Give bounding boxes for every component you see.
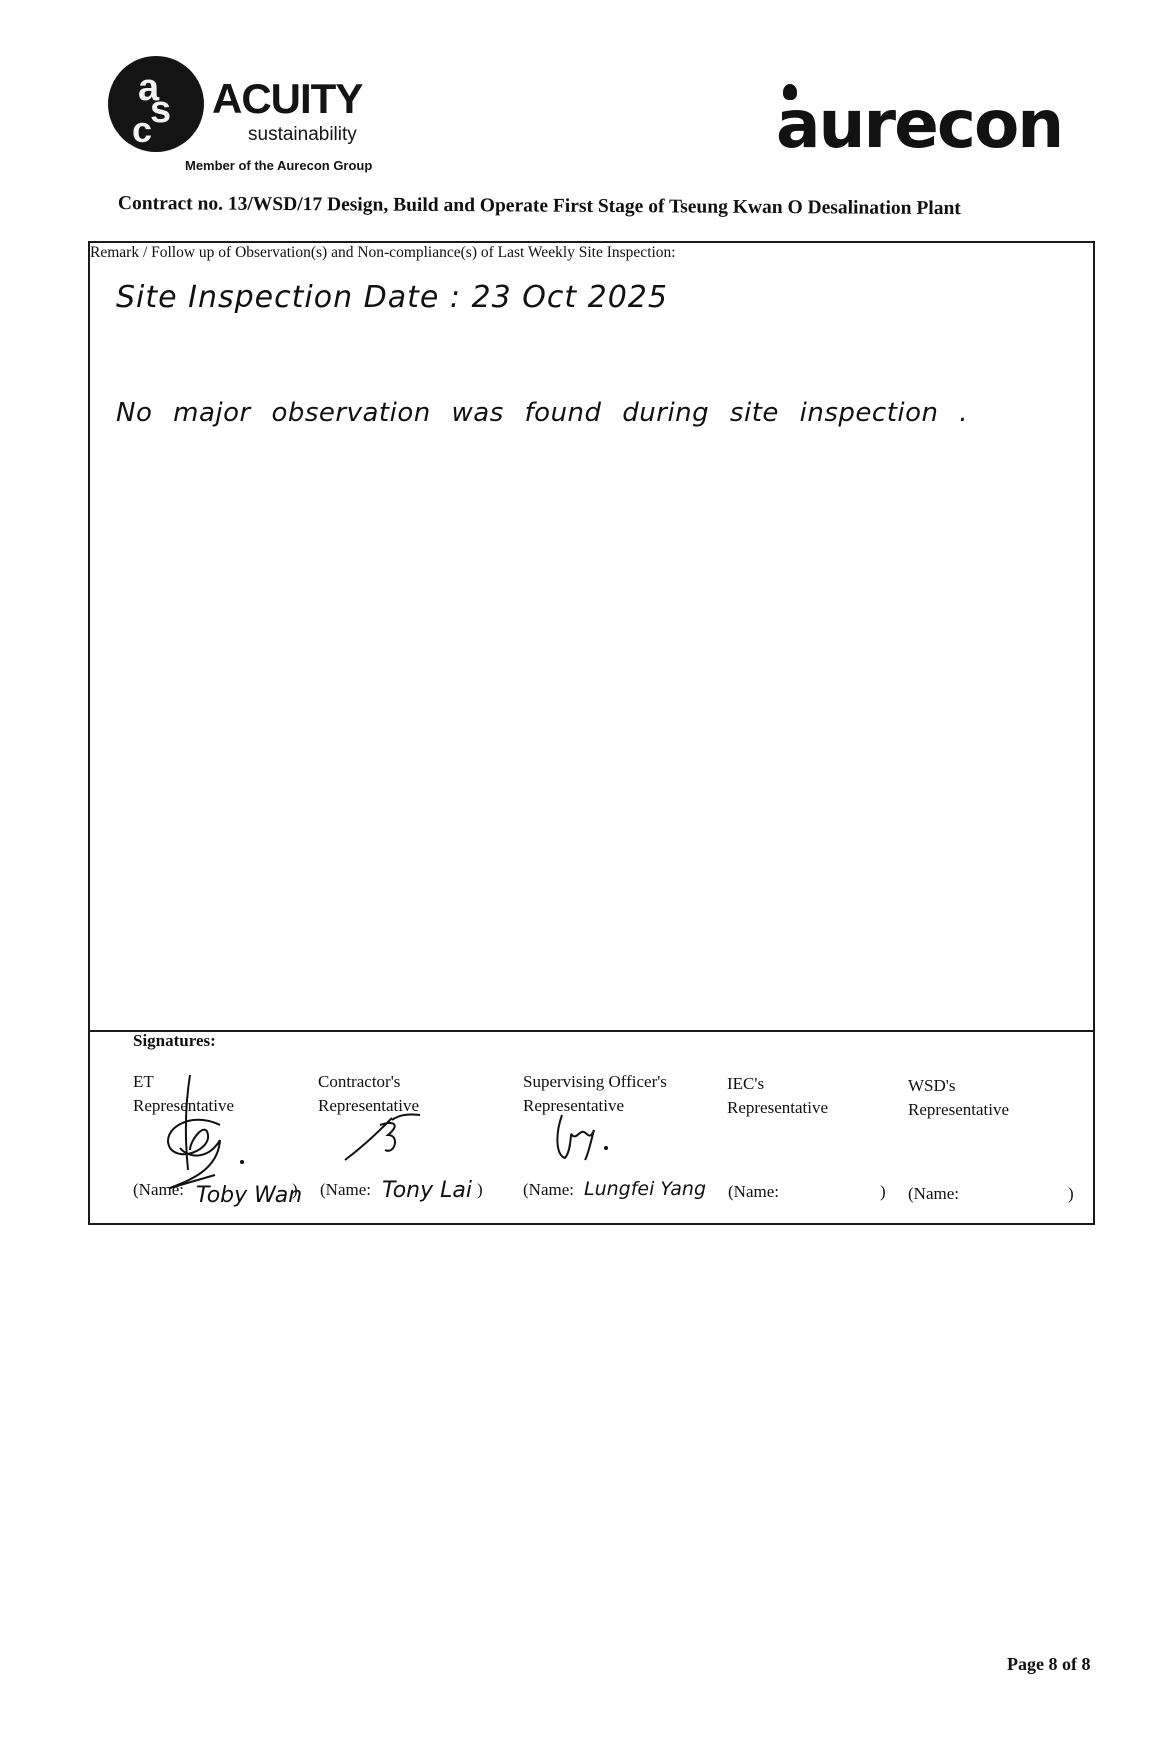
- contractor-name-close: ): [477, 1180, 483, 1200]
- contract-title: Contract no. 13/WSD/17 Design, Build and…: [118, 193, 961, 220]
- acuity-member-text: Member of the Aurecon Group: [185, 158, 372, 173]
- aurecon-logo: aurecon: [776, 92, 1062, 158]
- acuity-logo-name: ACUITY: [212, 78, 362, 120]
- signatures-title: Signatures:: [133, 1031, 216, 1051]
- svg-text:c: c: [132, 109, 152, 150]
- wsd-name-label: (Name:: [908, 1184, 959, 1204]
- et-name-close: ): [292, 1180, 298, 1200]
- so-signature-icon: [550, 1110, 650, 1170]
- iec-name-label: (Name:: [728, 1182, 779, 1202]
- acuity-logo-subtitle: sustainability: [248, 124, 357, 146]
- so-name-handwritten: Lungfei Yang: [584, 1178, 706, 1200]
- role-iec-representative: IEC's Representative: [727, 1072, 828, 1120]
- remark-label: Remark / Follow up of Observation(s) and…: [90, 244, 676, 262]
- page-number: Page 8 of 8: [1007, 1654, 1090, 1675]
- contractor-name-handwritten: Tony Lai: [382, 1178, 472, 1203]
- et-name-handwritten: Toby Wan: [196, 1183, 302, 1208]
- et-name-label: (Name:: [133, 1180, 184, 1200]
- wsd-name-close: ): [1068, 1184, 1074, 1204]
- contractor-signature-icon: [340, 1110, 440, 1170]
- signature-divider: [88, 1030, 1095, 1032]
- contractor-name-label: (Name:: [320, 1180, 371, 1200]
- handwritten-observation: No major observation was found during si…: [116, 398, 968, 428]
- so-name-label: (Name:: [523, 1180, 574, 1200]
- svg-text:s: s: [150, 89, 171, 131]
- role-wsd-representative: WSD's Representative: [908, 1074, 1009, 1122]
- iec-name-close: ): [880, 1182, 886, 1202]
- handwritten-inspection-date: Site Inspection Date : 23 Oct 2025: [116, 280, 668, 315]
- acuity-monogram-icon: a s c: [108, 56, 204, 152]
